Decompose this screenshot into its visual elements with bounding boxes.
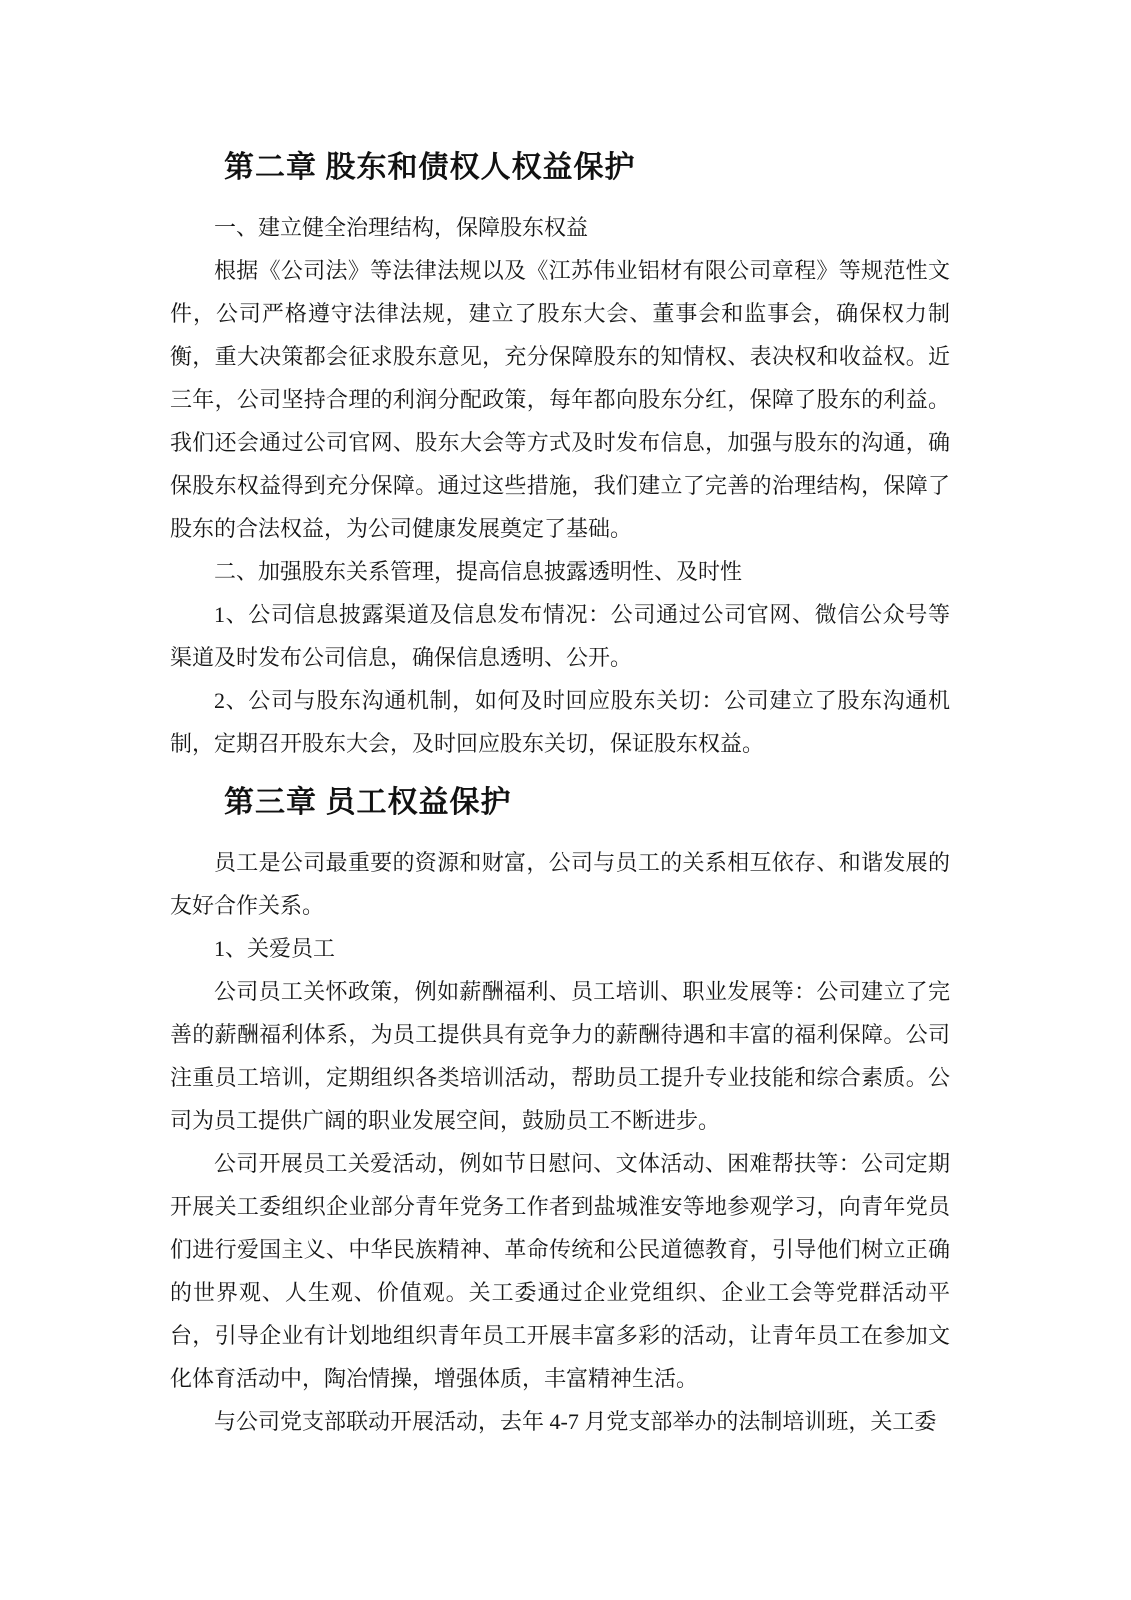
body-paragraph: 根据《公司法》等法律法规以及《江苏伟业铝材有限公司章程》等规范性文件，公司严格遵…: [170, 249, 950, 550]
body-paragraph: 员工是公司最重要的资源和财富，公司与员工的关系相互依存、和谐发展的友好合作关系。: [170, 841, 950, 927]
body-paragraph: 公司员工关怀政策，例如薪酬福利、员工培训、职业发展等：公司建立了完善的薪酬福利体…: [170, 970, 950, 1142]
body-paragraph: 1、公司信息披露渠道及信息发布情况：公司通过公司官网、微信公众号等渠道及时发布公…: [170, 593, 950, 679]
body-paragraph: 二、加强股东关系管理，提高信息披露透明性、及时性: [170, 550, 950, 593]
document-page: 第二章 股东和债权人权益保护一、建立健全治理结构，保障股东权益根据《公司法》等法…: [0, 0, 1131, 1600]
body-paragraph: 公司开展员工关爱活动，例如节日慰问、文体活动、困难帮扶等：公司定期开展关工委组织…: [170, 1142, 950, 1400]
body-paragraph: 与公司党支部联动开展活动，去年 4-7 月党支部举办的法制培训班，关工委: [170, 1400, 950, 1443]
chapter-heading: 第二章 股东和债权人权益保护: [170, 138, 950, 198]
body-paragraph: 2、公司与股东沟通机制，如何及时回应股东关切：公司建立了股东沟通机制，定期召开股…: [170, 679, 950, 765]
document-content: 第二章 股东和债权人权益保护一、建立健全治理结构，保障股东权益根据《公司法》等法…: [170, 138, 950, 1443]
chapter-heading: 第三章 员工权益保护: [170, 773, 950, 833]
body-paragraph: 一、建立健全治理结构，保障股东权益: [170, 206, 950, 249]
body-paragraph: 1、关爱员工: [170, 927, 950, 970]
